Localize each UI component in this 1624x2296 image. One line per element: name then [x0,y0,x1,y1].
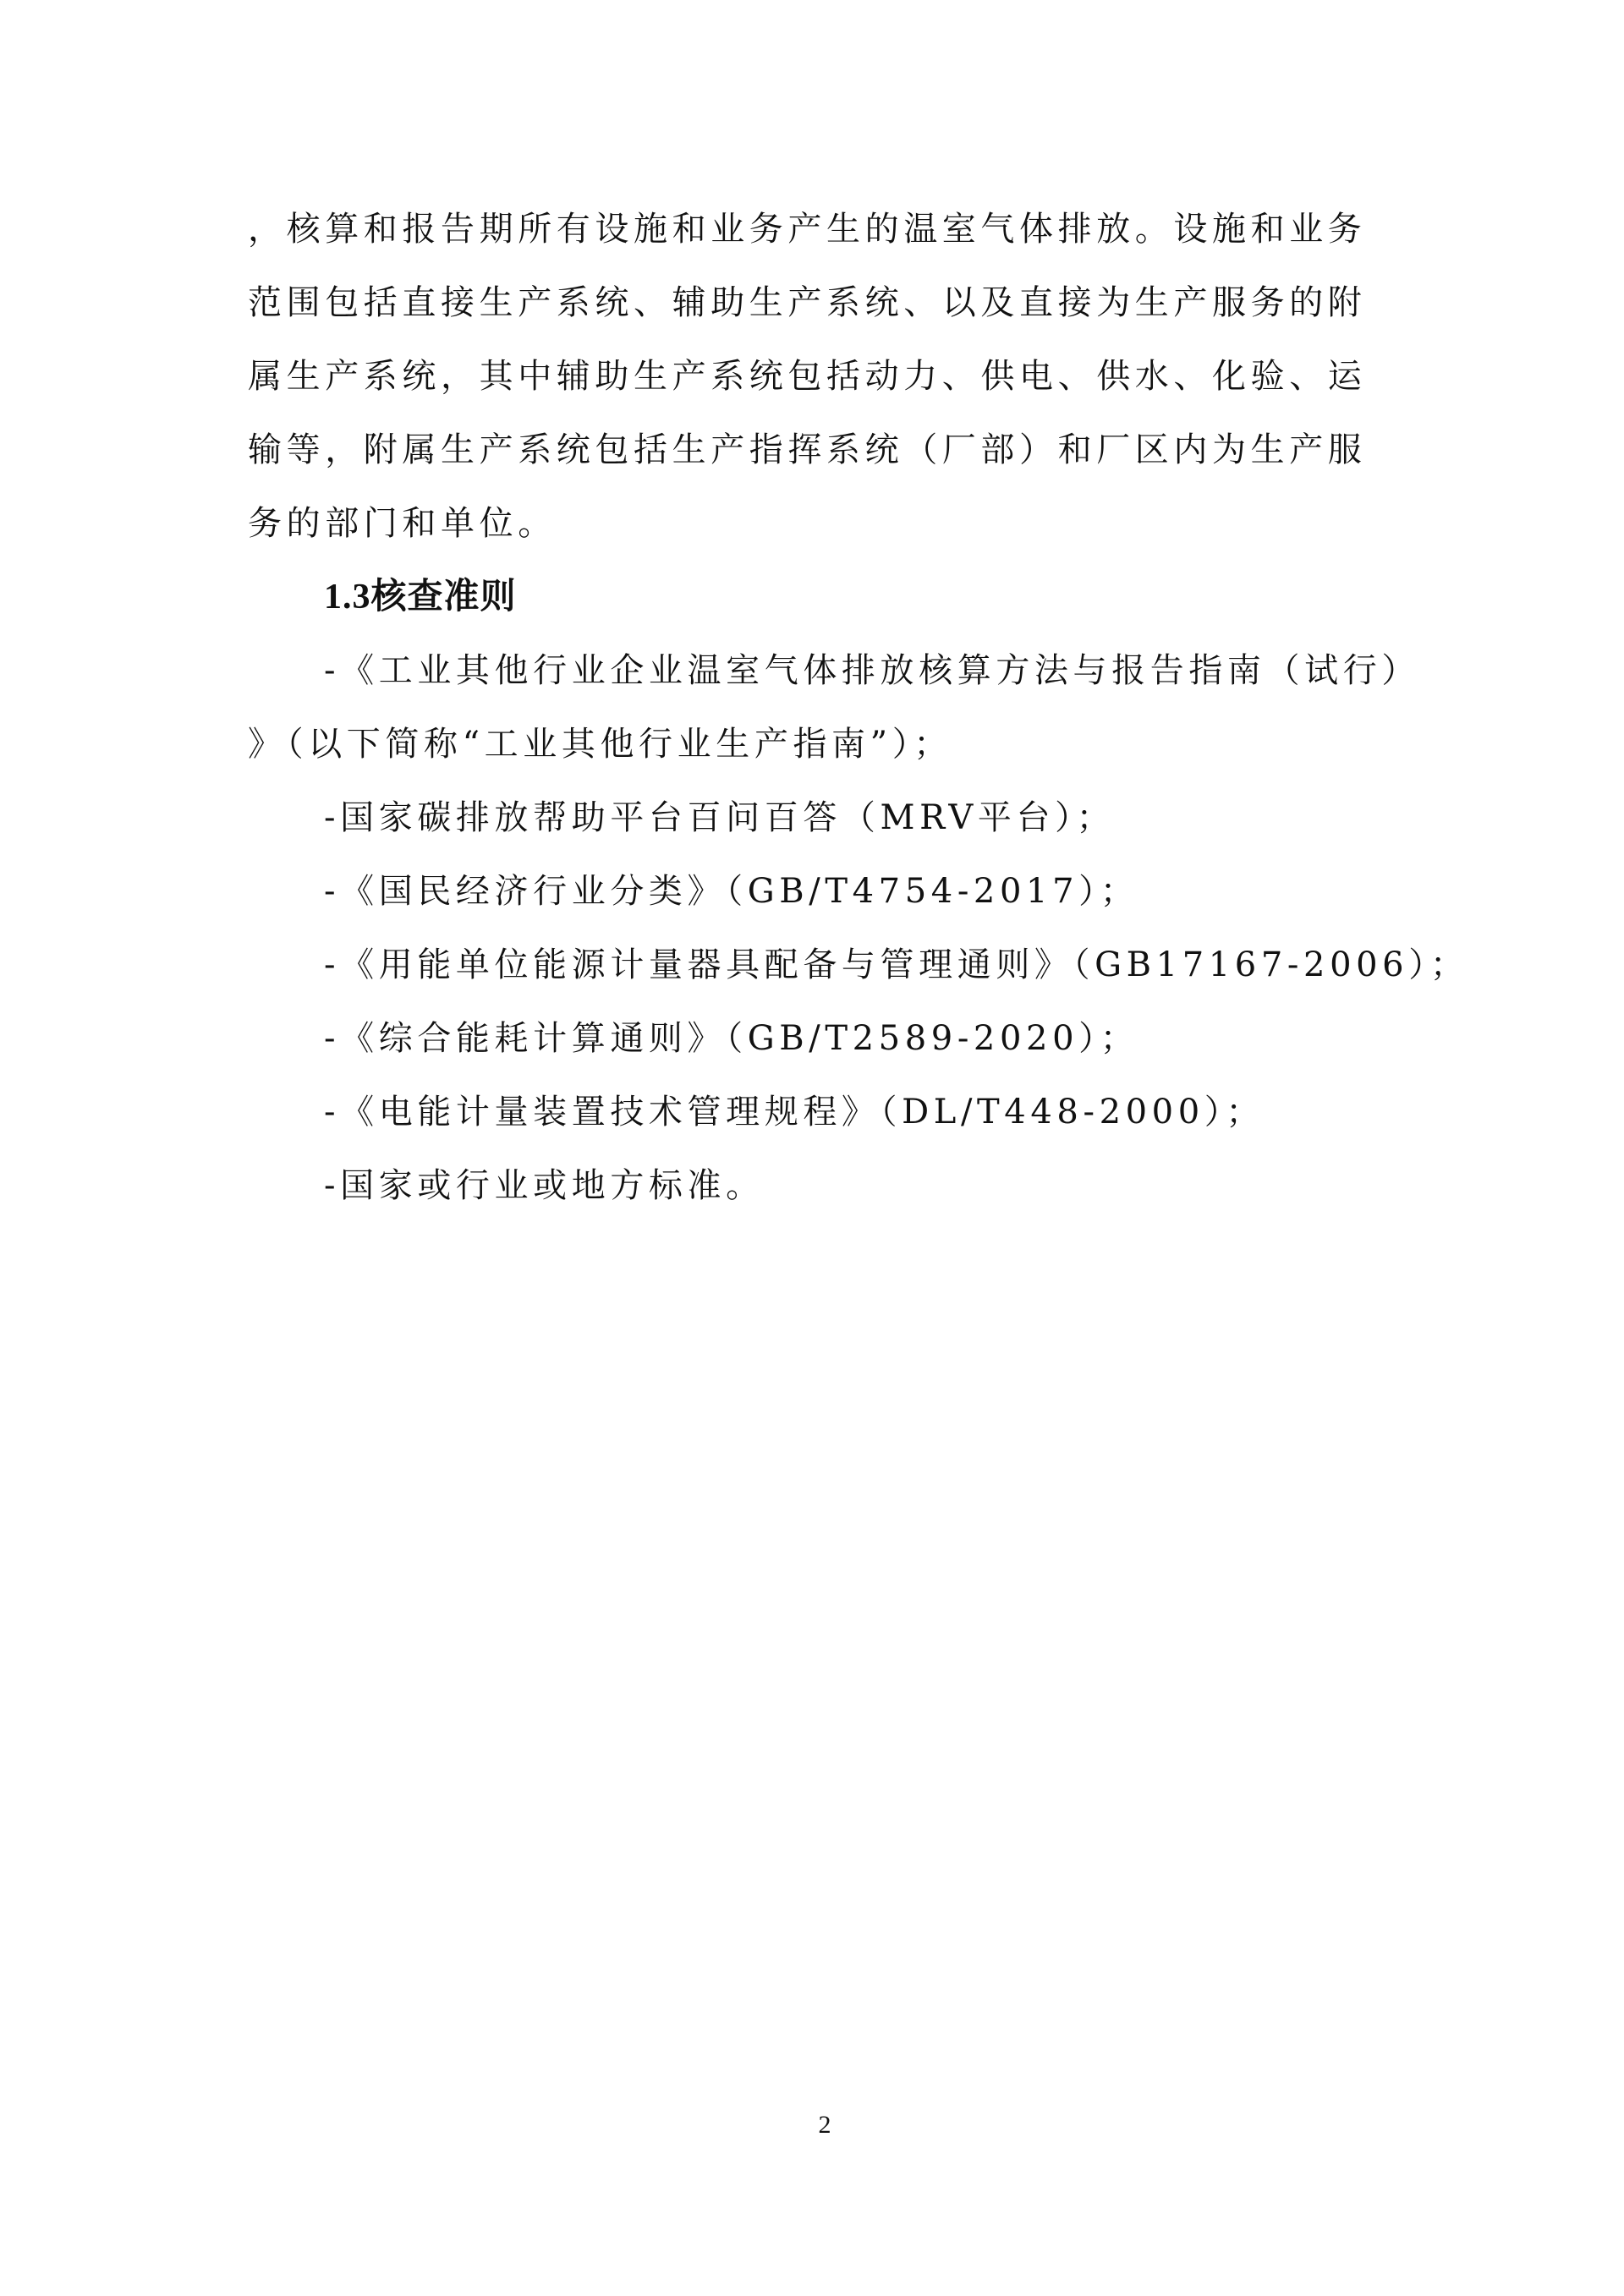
paragraph-line: 属生产系统，其中辅助生产系统包括动力、供电、供水、化验、运 [248,340,1381,414]
page-number: 2 [808,2108,842,2142]
paragraph-line: 范围包括直接生产系统、辅助生产系统、以及直接为生产服务的附 [248,266,1381,340]
criteria-item-guideline-line2: 》（以下简称“工业其他行业生产指南”）； [248,708,1381,781]
criteria-item-mrv-platform: -国家碳排放帮助平台百问百答（MRV平台）； [248,781,1381,855]
document-page: ，核算和报告期所有设施和业务产生的温室气体排放。设施和业务 范围包括直接生产系统… [0,0,1624,2296]
criteria-item-gbt4754: -《国民经济行业分类》（GB/T4754-2017）； [248,855,1381,929]
paragraph-line: 务的部门和单位。 [248,487,1381,561]
section-heading: 1.3核查准则 [248,561,1381,634]
criteria-item-guideline-line1: -《工业其他行业企业温室气体排放核算方法与报告指南（试行） [248,634,1381,708]
criteria-item-dlt448: -《电能计量装置技术管理规程》（DL/T448-2000）； [248,1076,1381,1149]
document-body: ，核算和报告期所有设施和业务产生的温室气体排放。设施和业务 范围包括直接生产系统… [248,193,1381,1223]
paragraph-line: 输等，附属生产系统包括生产指挥系统（厂部）和厂区内为生产服 [248,414,1381,487]
criteria-item-gb17167: -《用能单位能源计量器具配备与管理通则》（GB17167-2006）； [248,929,1381,1002]
criteria-item-standards: -国家或行业或地方标准。 [248,1149,1381,1223]
criteria-item-gbt2589: -《综合能耗计算通则》（GB/T2589-2020）； [248,1002,1381,1076]
paragraph-line: ，核算和报告期所有设施和业务产生的温室气体排放。设施和业务 [248,193,1381,266]
